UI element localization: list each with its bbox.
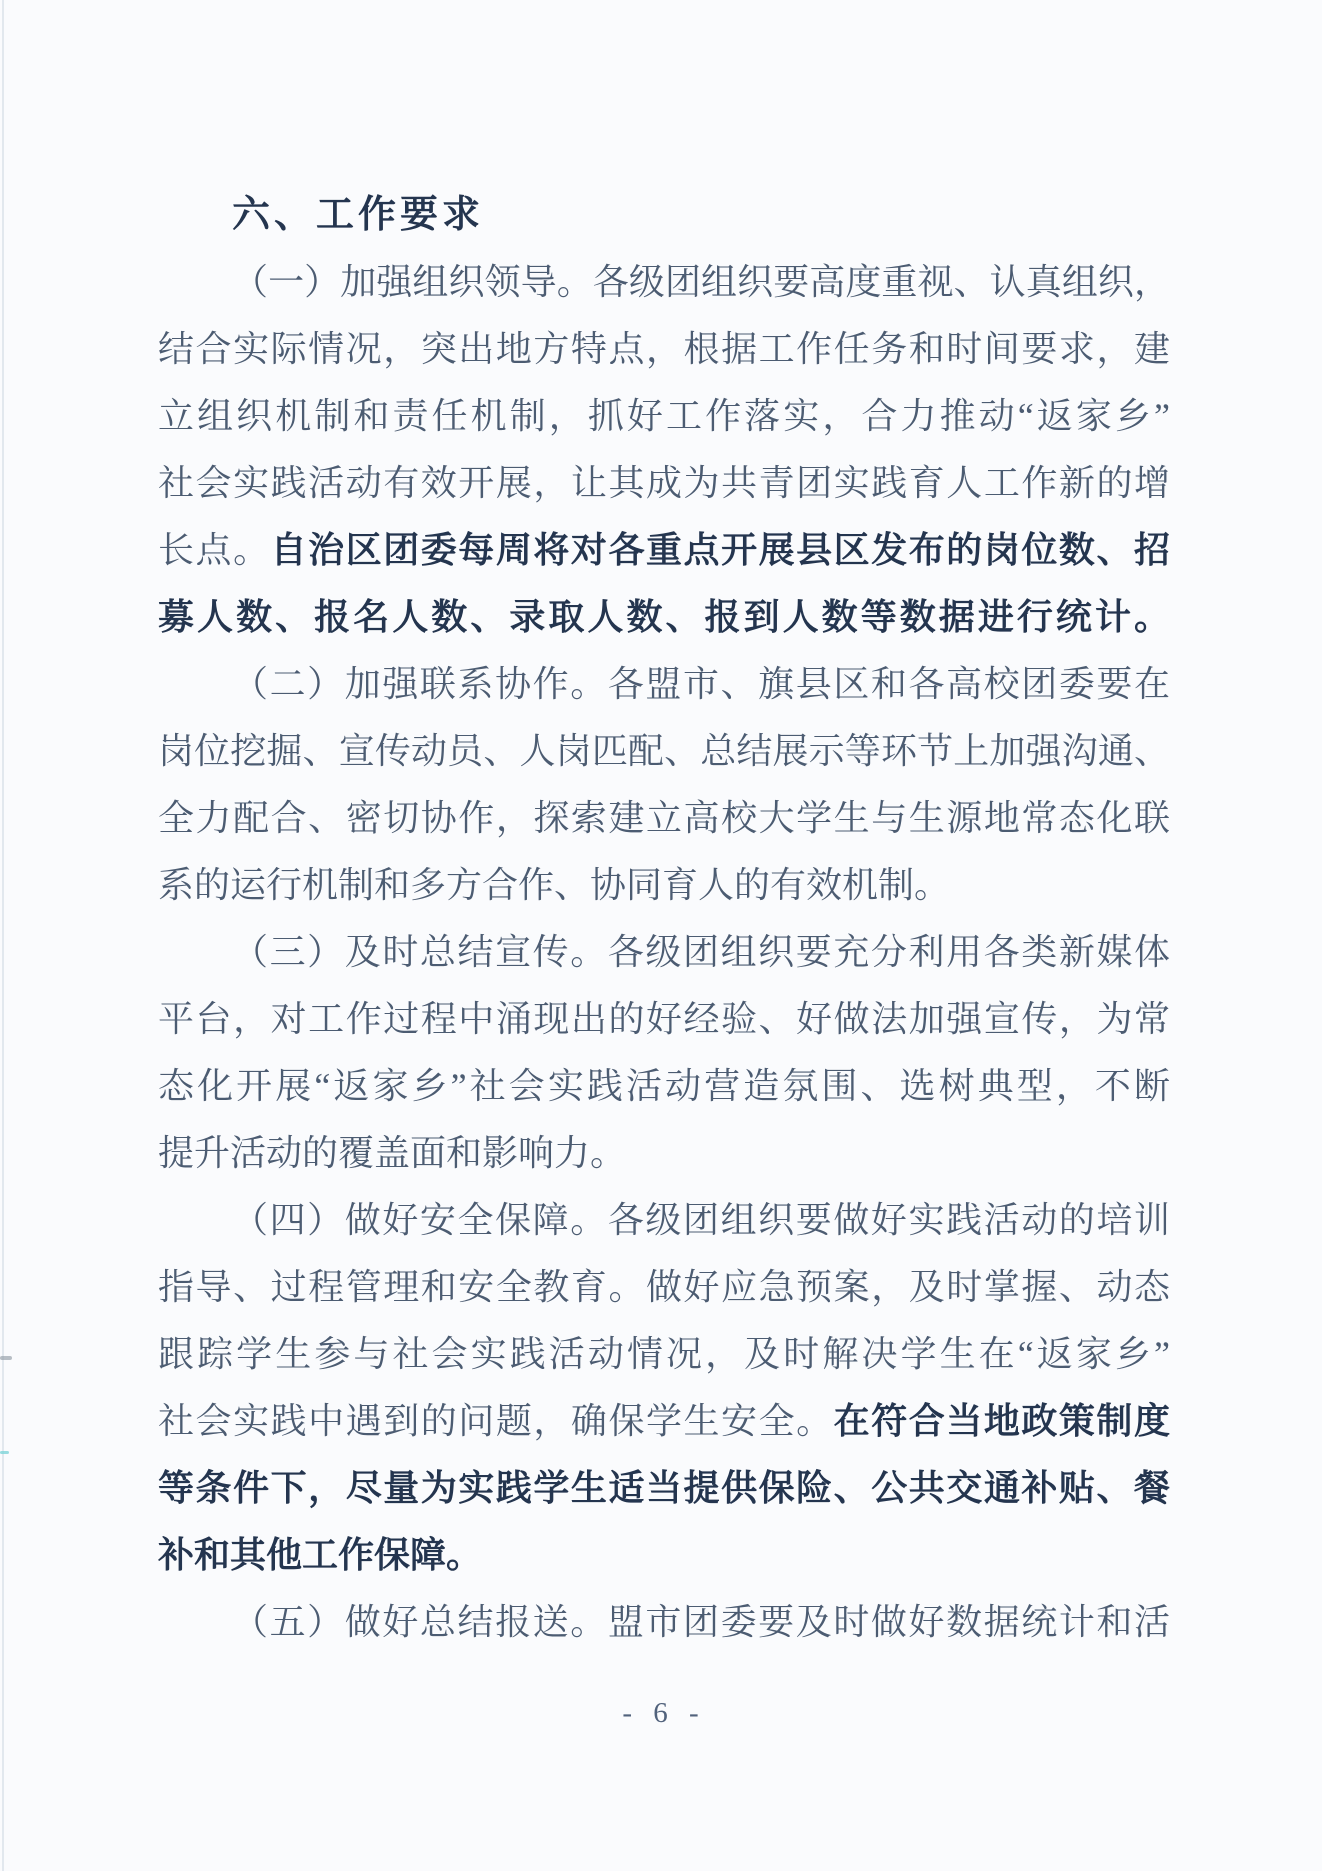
text-segment: 提升活动的覆盖面和影响力。 [158,1133,626,1173]
scan-edge-line [2,0,4,1871]
text-line: 态化开展“返家乡”社会实践活动营造氛围、选树典型，不断 [158,1053,1170,1120]
bold-text-segment: 募人数、报名人数、录取人数、报到人数等数据进行统计。 [158,597,1170,637]
text-segment: （五）做好总结报送。盟市团委要及时做好数据统计和活 [232,1602,1170,1642]
text-line: 社会实践中遇到的问题，确保学生安全。在符合当地政策制度 [158,1388,1170,1455]
text-segment: 态化开展“返家乡”社会实践活动营造氛围、选树典型，不断 [158,1066,1170,1106]
text-segment: 立组织机制和责任机制，抓好工作落实，合力推动“返家乡” [158,396,1170,436]
text-line: 社会实践活动有效开展，让其成为共青团实践育人工作新的增 [158,450,1170,517]
text-line: 等条件下，尽量为实践学生适当提供保险、公共交通补贴、餐 [158,1455,1170,1522]
text-line: 平台，对工作过程中涌现出的好经验、好做法加强宣传，为常 [158,986,1170,1053]
bold-text-segment: 在符合当地政策制度 [834,1401,1170,1441]
text-line: 募人数、报名人数、录取人数、报到人数等数据进行统计。 [158,584,1170,651]
page-number: - 6 - [158,1693,1170,1733]
text-line: 补和其他工作保障。 [158,1522,1170,1589]
text-segment: 指导、过程管理和安全教育。做好应急预案，及时掌握、动态 [158,1267,1170,1307]
scan-artifact-gray-tick [0,1356,12,1360]
document-body: 六、工作要求（一）加强组织领导。各级团组织要高度重视、认真组织，结合实际情况，突… [158,182,1170,1656]
text-segment: （三）及时总结宣传。各级团组织要充分利用各类新媒体 [232,932,1170,972]
text-line: 指导、过程管理和安全教育。做好应急预案，及时掌握、动态 [158,1254,1170,1321]
text-segment: 岗位挖掘、宣传动员、人岗匹配、总结展示等环节上加强沟通、 [158,731,1170,771]
bold-text-segment: 六、工作要求 [232,194,484,236]
text-segment: 全力配合、密切协作，探索建立高校大学生与生源地常态化联 [158,798,1170,838]
text-line: 岗位挖掘、宣传动员、人岗匹配、总结展示等环节上加强沟通、 [158,718,1170,785]
bold-text-segment: 等条件下，尽量为实践学生适当提供保险、公共交通补贴、餐 [158,1468,1170,1508]
text-segment: 系的运行机制和多方合作、协同育人的有效机制。 [158,865,950,905]
text-line: 系的运行机制和多方合作、协同育人的有效机制。 [158,852,1170,919]
text-line: （五）做好总结报送。盟市团委要及时做好数据统计和活 [158,1589,1170,1656]
text-segment: 长点。 [158,530,271,570]
text-line: 跟踪学生参与社会实践活动情况，及时解决学生在“返家乡” [158,1321,1170,1388]
text-line: 全力配合、密切协作，探索建立高校大学生与生源地常态化联 [158,785,1170,852]
text-segment: 结合实际情况，突出地方特点，根据工作任务和时间要求，建 [158,329,1170,369]
scan-artifact-cyan-tick [0,1451,9,1454]
text-segment: 跟踪学生参与社会实践活动情况，及时解决学生在“返家乡” [158,1334,1170,1374]
text-segment: （二）加强联系协作。各盟市、旗县区和各高校团委要在 [232,664,1170,704]
text-line: 结合实际情况，突出地方特点，根据工作任务和时间要求，建 [158,316,1170,383]
text-segment: 社会实践中遇到的问题，确保学生安全。 [158,1401,834,1441]
text-segment: 平台，对工作过程中涌现出的好经验、好做法加强宣传，为常 [158,999,1170,1039]
text-line: 提升活动的覆盖面和影响力。 [158,1120,1170,1187]
bold-text-segment: 补和其他工作保障。 [158,1535,482,1575]
text-line: 长点。自治区团委每周将对各重点开展县区发布的岗位数、招 [158,517,1170,584]
document-page: 六、工作要求（一）加强组织领导。各级团组织要高度重视、认真组织，结合实际情况，突… [0,0,1322,1871]
text-line: （四）做好安全保障。各级团组织要做好实践活动的培训 [158,1187,1170,1254]
text-line: 立组织机制和责任机制，抓好工作落实，合力推动“返家乡” [158,383,1170,450]
text-segment: 社会实践活动有效开展，让其成为共青团实践育人工作新的增 [158,463,1170,503]
text-segment: （一）加强组织领导。各级团组织要高度重视、认真组织， [232,262,1170,302]
text-line: （三）及时总结宣传。各级团组织要充分利用各类新媒体 [158,919,1170,986]
bold-text-segment: 自治区团委每周将对各重点开展县区发布的岗位数、招 [271,530,1170,570]
text-line: （二）加强联系协作。各盟市、旗县区和各高校团委要在 [158,651,1170,718]
text-line: （一）加强组织领导。各级团组织要高度重视、认真组织， [158,249,1170,316]
text-segment: （四）做好安全保障。各级团组织要做好实践活动的培训 [232,1200,1170,1240]
section-heading: 六、工作要求 [158,182,1170,249]
